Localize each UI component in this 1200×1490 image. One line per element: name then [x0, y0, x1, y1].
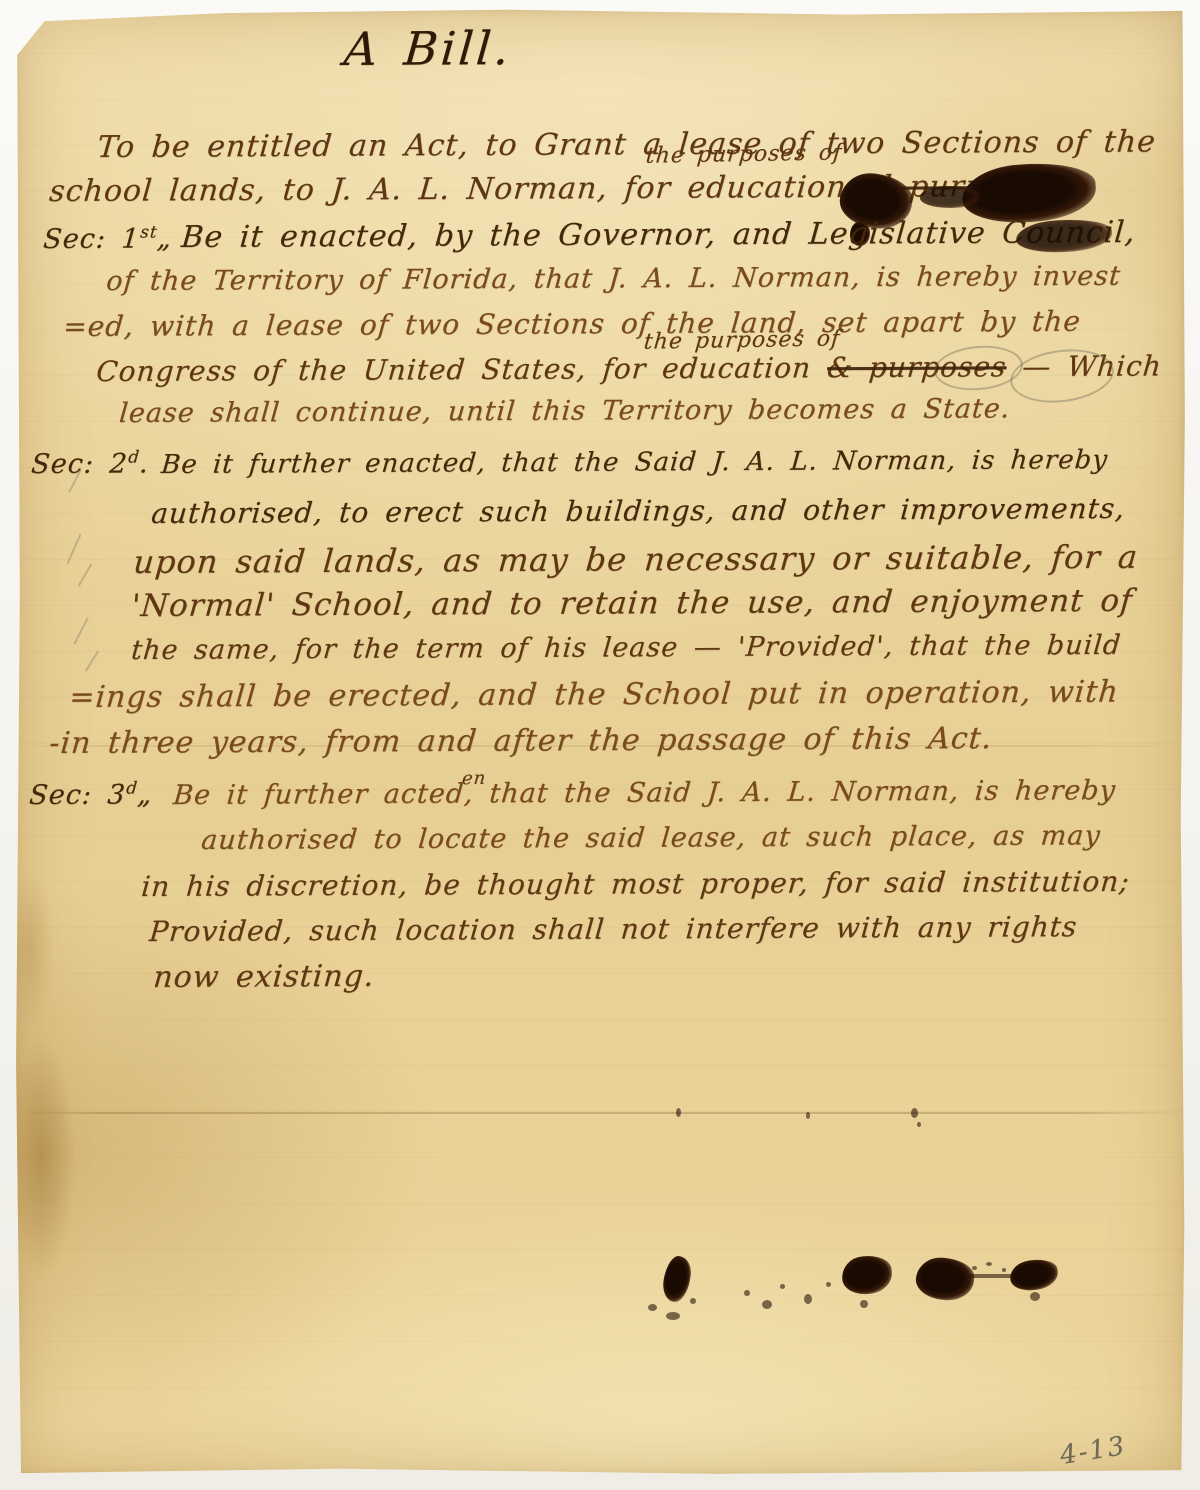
pencil-mark — [67, 534, 82, 564]
preamble-line: To be entitled an Act, to Grant a lease … — [96, 124, 1157, 165]
section-line: in his discretion, be thought most prope… — [140, 865, 1131, 903]
section-line: =ed, with a lease of two Sections of the… — [62, 305, 1082, 343]
section-line: authorised to locate the said lease, at … — [200, 820, 1102, 856]
ink-speck — [911, 1108, 918, 1118]
pencil-mark — [73, 617, 88, 645]
scanned-document: { "document": { "title": "A Bill.", "pre… — [0, 0, 1200, 1490]
section-label-text: Sec: 2 — [30, 448, 129, 480]
pencil-mark — [78, 563, 93, 587]
preamble-text: school lands, to J. A. L. Norman, for ed… — [48, 170, 848, 209]
section-label-mark: „ — [156, 223, 174, 254]
section-line: authorised, to erect such buildings, and… — [150, 492, 1127, 530]
section-label-ordinal: st — [140, 221, 159, 241]
ink-blot — [920, 186, 980, 208]
section-label: Sec: 2d. — [30, 446, 151, 480]
ink-speck — [986, 1262, 992, 1266]
section-line: of the Territory of Florida, that J. A. … — [105, 261, 1122, 297]
page-number: 4-13 — [1058, 1431, 1128, 1471]
section-line: now existing. — [152, 959, 376, 995]
section-label-text: Sec: 3 — [28, 779, 127, 811]
section-label-mark: . — [138, 448, 150, 479]
section-line: Provided, such location shall not interf… — [148, 910, 1079, 948]
ink-speck — [648, 1304, 657, 1311]
section-text: Be it further — [172, 779, 370, 811]
section-line: lease shall continue, until this Territo… — [118, 393, 1012, 429]
ink-blot — [914, 1256, 975, 1303]
section-line: the same, for the term of his lease — 'P… — [130, 630, 1123, 666]
section-line: -in three years, from and after the pass… — [48, 721, 994, 761]
ink-speck — [806, 1112, 810, 1119]
section-label: Sec: 1st„ — [42, 221, 174, 255]
fold-line — [14, 745, 1186, 747]
pencil-mark — [85, 650, 99, 671]
ink-speck — [1002, 1268, 1006, 1272]
section-text: Congress of the United States, for educa… — [95, 351, 813, 388]
ink-speck — [744, 1290, 750, 1296]
section-line: =ings shall be erected, and the School p… — [68, 675, 1120, 715]
section-line: Be it enacted, by the Governor, and Legi… — [180, 215, 1137, 255]
fold-line — [14, 1112, 1186, 1114]
ink-speck — [690, 1298, 696, 1304]
ink-streak — [966, 1274, 1012, 1278]
section-line: Be it further acted, that the Said J. A.… — [172, 775, 1117, 811]
section-line: Be it further enacted, that the Said J. … — [160, 445, 1109, 480]
ink-speck — [1030, 1292, 1040, 1301]
ink-speck — [676, 1108, 681, 1117]
ink-speck — [917, 1122, 921, 1127]
document-title: A Bill. — [342, 21, 514, 76]
section-label-mark: „ — [136, 779, 154, 810]
ink-speck — [860, 1300, 868, 1308]
ink-speck — [972, 1266, 977, 1270]
ink-blot — [840, 1253, 894, 1296]
manuscript-page: A Bill. the purposes of To be entitled a… — [14, 8, 1186, 1476]
section-label-text: Sec: 1 — [42, 223, 141, 255]
ink-speck — [666, 1312, 680, 1320]
ink-blot — [1008, 1257, 1060, 1293]
section-label: Sec: 3d„ — [28, 777, 154, 811]
ink-speck — [804, 1294, 812, 1304]
section-line: upon said lands, as may be necessary or … — [132, 538, 1140, 581]
ink-blot — [660, 1254, 694, 1304]
section-line: 'Normal' School, and to retain the use, … — [130, 583, 1134, 624]
ink-speck — [780, 1284, 785, 1289]
section-text: acted, that the Said J. A. L. Norman, is… — [383, 775, 1118, 810]
ink-speck — [826, 1282, 831, 1287]
ink-speck — [762, 1300, 772, 1309]
